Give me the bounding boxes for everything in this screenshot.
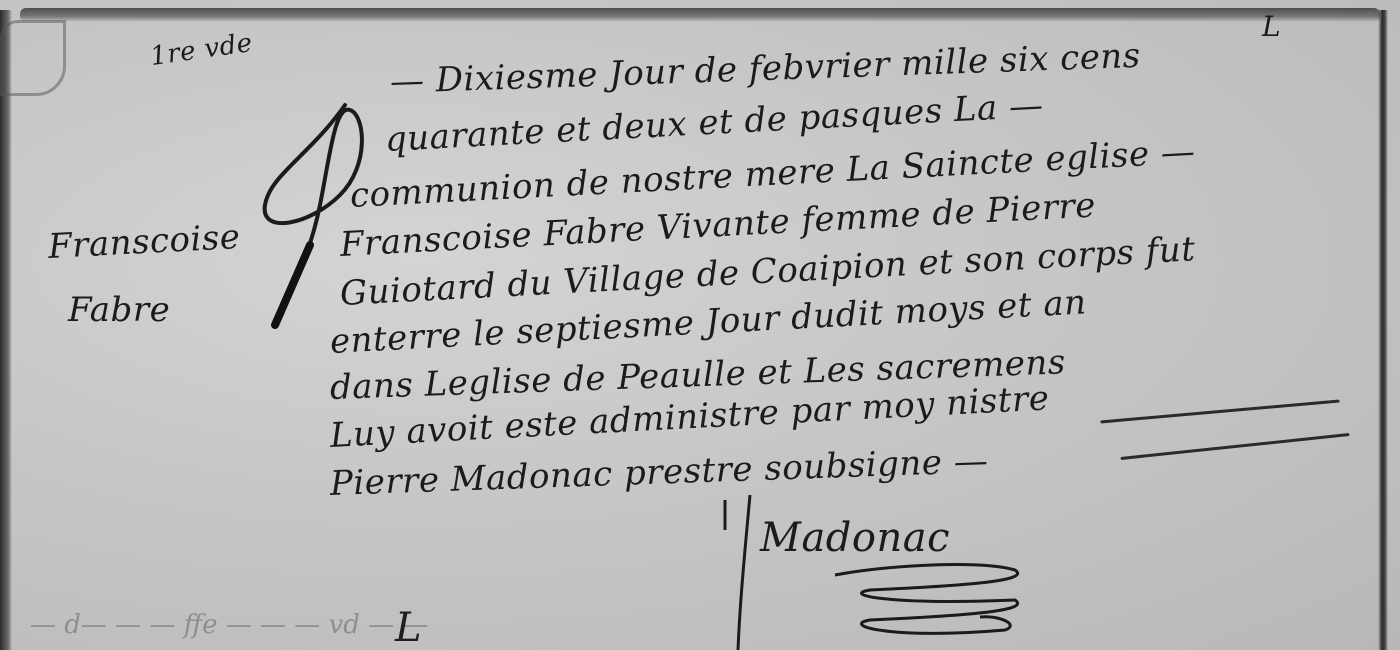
manuscript-page: 1re vde L Franscoise Fabre — Dixiesme Jo… [0,0,1400,650]
left-border-rule [0,10,12,650]
right-border-rule [1378,10,1388,650]
margin-name-first: Franscoise [47,217,241,267]
folio-mark: 1re vde [148,28,254,72]
bleedthrough-text: — d— — — ffe — — — vd — — [30,610,428,640]
top-border-rule [20,8,1380,22]
page-letter: L [1262,10,1281,43]
signature-paraph-icon [830,555,1030,645]
corner-ink-mark [0,20,66,96]
margin-name-last: Fabre [68,290,170,330]
signature-stem-icon [720,490,760,650]
line-filler-dash [1120,433,1349,460]
next-entry-initial: L [395,605,422,650]
line-filler-dash [1100,400,1339,424]
